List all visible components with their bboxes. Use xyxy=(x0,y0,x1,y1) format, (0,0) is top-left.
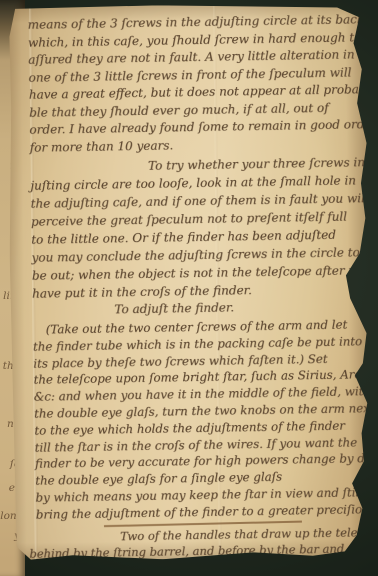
manuscript-page: means of the 3 ſcrews in the adjuſting c… xyxy=(7,3,373,563)
handwritten-text: means of the 3 ſcrews in the adjuſting c… xyxy=(28,11,371,561)
paragraph-handles: Two of the handles that draw up the tele… xyxy=(36,524,370,562)
paragraph-adjust-finder: (Take out the two center ſcrews of the a… xyxy=(33,316,370,523)
paragraph-adjusting-circle: means of the 3 ſcrews in the adjuſting c… xyxy=(28,11,364,157)
photo-background: n, e, lin, l the ne ſe er lon, y means o… xyxy=(0,0,378,576)
section-heading: To adjuſt the finder. xyxy=(114,298,366,317)
paragraph-to-try-screws: To try whether your three ſcrews in the … xyxy=(30,153,366,303)
